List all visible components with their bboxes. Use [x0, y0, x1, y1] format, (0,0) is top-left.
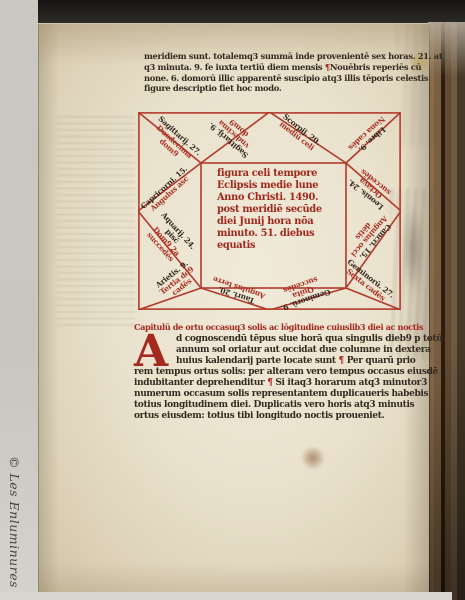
photo-credit-watermark: © Les Enluminures	[6, 452, 22, 592]
chapter-line: annum sol oriatur aut occidat due column…	[134, 345, 434, 356]
text-run: rem tempus ortus solis: per alteram vero…	[134, 367, 438, 377]
diagram-center-line: minuto. 51. diebus	[217, 228, 346, 240]
chapter-line: ortus eiusdem: totius tibi longitudo noc…	[134, 411, 434, 422]
chapter-line: d cognoscendū tēpus siue horā qua singul…	[134, 334, 434, 345]
text-run: Eclipsis medie lune	[217, 180, 318, 191]
text-run: q3 minuta. 9. fe iuxta tertiū diem mensi…	[144, 62, 325, 72]
text-run: annum sol oriatur aut occidat due column…	[176, 345, 431, 355]
diagram-center-text: figura celi temporeEclipsis medie luneAn…	[201, 163, 346, 288]
diagram-center-line: Anno Christi. 1490.	[217, 192, 346, 204]
diagram-center-line: post meridiē secūde	[217, 204, 346, 216]
text-run: Si itaq3 horarum atq3 minutor3	[275, 378, 427, 388]
text-run: diei Junij hora nōa	[217, 216, 313, 227]
text-run: Nouēbris reperiēs cū	[330, 62, 421, 72]
diagram-center-line: figura celi tempore	[217, 168, 346, 180]
text-run: meridiem sunt. totalemq3 summā inde prov…	[144, 51, 442, 61]
chapter-initial: A	[134, 334, 174, 366]
text-run: equatis	[217, 240, 255, 251]
text-run: post meridiē secūde	[217, 204, 322, 215]
top-paragraph-line: figure descriptio fiet hoc modo.	[144, 83, 442, 94]
top-paragraph-line: meridiem sunt. totalemq3 summā inde prov…	[144, 51, 442, 62]
book-fore-edge	[428, 22, 465, 600]
text-run: Per quarū prio	[347, 356, 416, 366]
text-run: d cognoscendū tēpus siue horā qua singul…	[176, 334, 442, 344]
manuscript-page: meridiem sunt. totalemq3 summā inde prov…	[38, 24, 429, 592]
chapter-line: numerum occasum solis representantem dup…	[134, 389, 434, 400]
text-run: none. 6. domorū illic apparentē suscipio…	[144, 73, 428, 83]
diagram-center-line: Eclipsis medie lune	[217, 180, 346, 192]
brown-stain	[300, 447, 326, 469]
photo-backdrop-bottom	[0, 592, 452, 600]
manuscript-photo: meridiem sunt. totalemq3 summā inde prov…	[0, 0, 465, 600]
horoscope-diagram: figura celi temporeEclipsis medie luneAn…	[138, 112, 401, 310]
text-run: figura celi tempore	[217, 168, 317, 179]
text-run: ortus eiusdem: totius tibi longitudo noc…	[134, 411, 384, 421]
grime-blotch	[402, 202, 424, 297]
chapter-section: A d cognoscendū tēpus siue horā qua sing…	[134, 334, 434, 422]
diagram-center-line: equatis	[217, 240, 346, 252]
text-run: totius longitudinem diei. Duplicatis ver…	[134, 400, 414, 410]
rubricated-text: ¶	[339, 356, 347, 366]
text-run: numerum occasum solis representantem dup…	[134, 389, 428, 399]
chapter-line: rem tempus ortus solis: per alteram vero…	[134, 367, 434, 378]
chapter-heading: Capitulū de ortu occasuq3 solis ac lōgit…	[134, 322, 423, 332]
chapter-line: totius longitudinem diei. Duplicatis ver…	[134, 400, 434, 411]
text-run: minuto. 51. diebus	[217, 228, 314, 239]
text-run: indubitanter deprehenditur	[134, 378, 267, 388]
text-run: figure descriptio fiet hoc modo.	[144, 83, 281, 93]
top-paragraph-line: none. 6. domorū illic apparentē suscipio…	[144, 73, 442, 84]
photo-backdrop-top	[38, 0, 465, 24]
text-run: huius kalendarij parte locate sunt	[176, 356, 339, 366]
diagram-center-line: diei Junij hora nōa	[217, 216, 346, 228]
chapter-line: huius kalendarij parte locate sunt ¶ Per…	[134, 356, 434, 367]
top-paragraph: meridiem sunt. totalemq3 summā inde prov…	[144, 51, 442, 94]
top-paragraph-line: q3 minuta. 9. fe iuxta tertiū diem mensi…	[144, 62, 442, 73]
text-showthrough	[57, 116, 135, 328]
text-run: Anno Christi. 1490.	[217, 192, 318, 203]
chapter-line: indubitanter deprehenditur ¶ Si itaq3 ho…	[134, 378, 434, 389]
